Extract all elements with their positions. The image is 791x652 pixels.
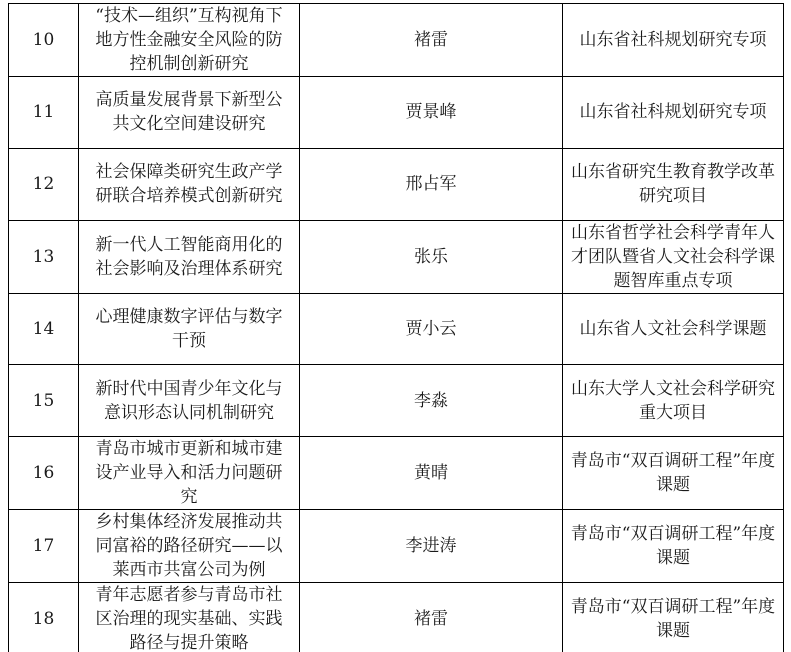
table-row: 12 社会保障类研究生政产学研联合培养模式创新研究 邢占军 山东省研究生教育教学… — [9, 148, 784, 220]
project-title-cell: 乡村集体经济发展推动共同富裕的路径研究——以莱西市共富公司为例 — [79, 510, 300, 583]
row-index-cell: 16 — [9, 437, 79, 510]
table-row: 14 心理健康数字评估与数字干预 贾小云 山东省人文社会科学课题 — [9, 293, 784, 365]
funding-source-cell: 青岛市“双百调研工程”年度课题 — [563, 437, 784, 510]
funding-source-cell: 青岛市“双百调研工程”年度课题 — [563, 583, 784, 652]
project-title-cell: 青岛市城市更新和城市建设产业导入和活力问题研究 — [79, 437, 300, 510]
row-index-cell: 18 — [9, 583, 79, 652]
leader-name-cell: 李淼 — [300, 365, 563, 437]
project-title-cell: “技术—组织”互构视角下地方性金融安全风险的防控机制创新研究 — [79, 4, 300, 77]
project-title-cell: 新一代人工智能商用化的社会影响及治理体系研究 — [79, 220, 300, 293]
table-row: 15 新时代中国青少年文化与意识形态认同机制研究 李淼 山东大学人文社会科学研究… — [9, 365, 784, 437]
leader-name-cell: 黄晴 — [300, 437, 563, 510]
project-title-cell: 社会保障类研究生政产学研联合培养模式创新研究 — [79, 148, 300, 220]
row-index-cell: 13 — [9, 220, 79, 293]
funding-source-cell: 山东省社科规划研究专项 — [563, 77, 784, 149]
row-index-cell: 10 — [9, 4, 79, 77]
row-index-cell: 15 — [9, 365, 79, 437]
project-title-cell: 心理健康数字评估与数字干预 — [79, 293, 300, 365]
leader-name-cell: 褚雷 — [300, 4, 563, 77]
row-index-cell: 12 — [9, 148, 79, 220]
document-page: 10 “技术—组织”互构视角下地方性金融安全风险的防控机制创新研究 褚雷 山东省… — [0, 0, 791, 652]
funding-source-cell: 山东省社科规划研究专项 — [563, 4, 784, 77]
leader-name-cell: 贾景峰 — [300, 77, 563, 149]
projects-table: 10 “技术—组织”互构视角下地方性金融安全风险的防控机制创新研究 褚雷 山东省… — [8, 3, 784, 652]
leader-name-cell: 贾小云 — [300, 293, 563, 365]
table-row: 11 高质量发展背景下新型公共文化空间建设研究 贾景峰 山东省社科规划研究专项 — [9, 77, 784, 149]
leader-name-cell: 张乐 — [300, 220, 563, 293]
funding-source-cell: 青岛市“双百调研工程”年度课题 — [563, 510, 784, 583]
project-title-cell: 新时代中国青少年文化与意识形态认同机制研究 — [79, 365, 300, 437]
project-title-cell: 青年志愿者参与青岛市社区治理的现实基础、实践路径与提升策略 — [79, 583, 300, 652]
leader-name-cell: 褚雷 — [300, 583, 563, 652]
leader-name-cell: 邢占军 — [300, 148, 563, 220]
table-row: 10 “技术—组织”互构视角下地方性金融安全风险的防控机制创新研究 褚雷 山东省… — [9, 4, 784, 77]
leader-name-cell: 李进涛 — [300, 510, 563, 583]
funding-source-cell: 山东省哲学社会科学青年人才团队暨省人文社会科学课题智库重点专项 — [563, 220, 784, 293]
row-index-cell: 14 — [9, 293, 79, 365]
funding-source-cell: 山东省人文社会科学课题 — [563, 293, 784, 365]
table-row: 18 青年志愿者参与青岛市社区治理的现实基础、实践路径与提升策略 褚雷 青岛市“… — [9, 583, 784, 652]
funding-source-cell: 山东大学人文社会科学研究重大项目 — [563, 365, 784, 437]
table-row: 17 乡村集体经济发展推动共同富裕的路径研究——以莱西市共富公司为例 李进涛 青… — [9, 510, 784, 583]
project-title-cell: 高质量发展背景下新型公共文化空间建设研究 — [79, 77, 300, 149]
row-index-cell: 11 — [9, 77, 79, 149]
funding-source-cell: 山东省研究生教育教学改革研究项目 — [563, 148, 784, 220]
row-index-cell: 17 — [9, 510, 79, 583]
table-row: 16 青岛市城市更新和城市建设产业导入和活力问题研究 黄晴 青岛市“双百调研工程… — [9, 437, 784, 510]
table-row: 13 新一代人工智能商用化的社会影响及治理体系研究 张乐 山东省哲学社会科学青年… — [9, 220, 784, 293]
